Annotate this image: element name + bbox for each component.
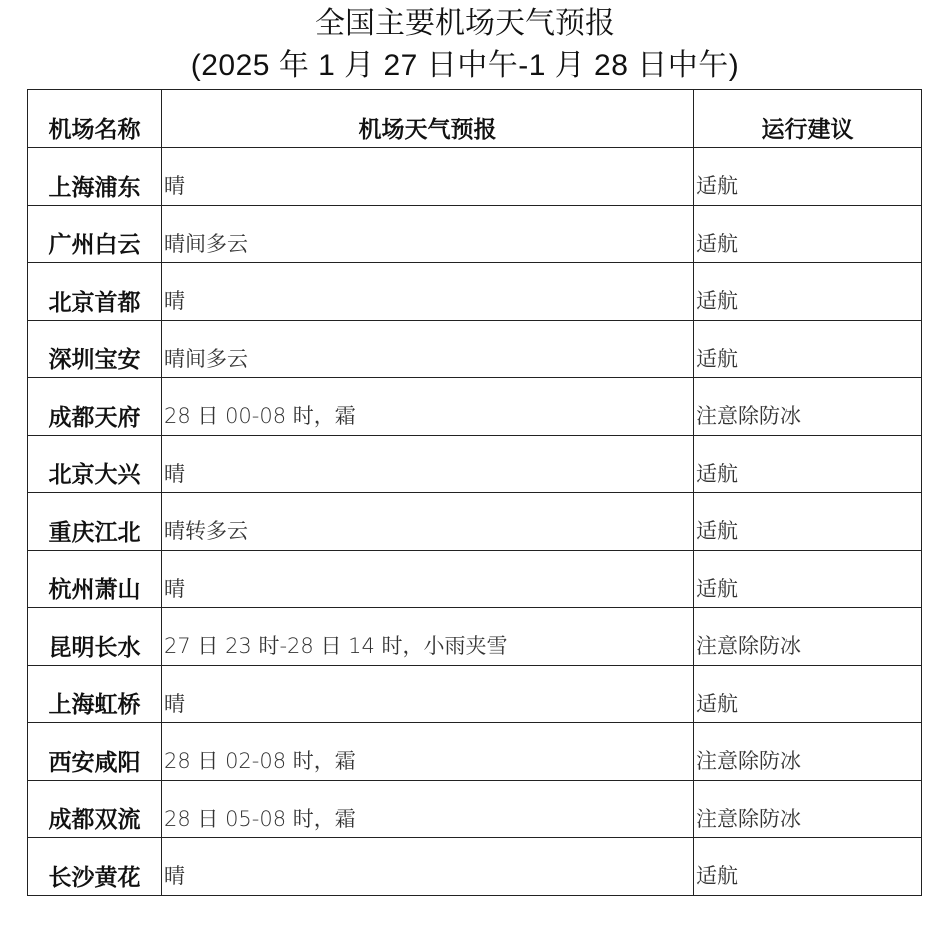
airport-name: 北京大兴 <box>28 435 162 493</box>
airport-name: 重庆江北 <box>28 493 162 551</box>
table-row: 杭州萧山晴适航 <box>28 550 922 608</box>
operation-advice: 适航 <box>694 148 922 206</box>
operation-advice: 注意除防冰 <box>694 378 922 436</box>
table-row: 重庆江北晴转多云适航 <box>28 493 922 551</box>
airport-name: 西安咸阳 <box>28 723 162 781</box>
table-row: 昆明长水27 日 23 时-28 日 14 时，小雨夹雪注意除防冰 <box>28 608 922 666</box>
weather-forecast: 27 日 23 时-28 日 14 时，小雨夹雪 <box>162 608 694 666</box>
table-row: 北京大兴晴适航 <box>28 435 922 493</box>
operation-advice: 适航 <box>694 665 922 723</box>
operation-advice: 适航 <box>694 550 922 608</box>
date-range-subtitle: (2025 年 1 月 27 日中午-1 月 28 日中午) <box>0 44 930 88</box>
weather-forecast: 晴 <box>162 550 694 608</box>
airport-name: 成都双流 <box>28 780 162 838</box>
weather-forecast: 晴 <box>162 665 694 723</box>
weather-forecast: 晴转多云 <box>162 493 694 551</box>
weather-forecast: 晴 <box>162 148 694 206</box>
airport-name: 昆明长水 <box>28 608 162 666</box>
forecast-table: 机场名称 机场天气预报 运行建议 上海浦东晴适航广州白云晴间多云适航北京首都晴适… <box>27 89 922 896</box>
airport-name: 北京首都 <box>28 263 162 321</box>
weather-forecast: 28 日 05-08 时，霜 <box>162 780 694 838</box>
operation-advice: 注意除防冰 <box>694 780 922 838</box>
header-forecast: 机场天气预报 <box>162 90 694 148</box>
airport-name: 成都天府 <box>28 378 162 436</box>
table-row: 长沙黄花晴适航 <box>28 838 922 896</box>
airport-name: 深圳宝安 <box>28 320 162 378</box>
weather-forecast: 晴 <box>162 263 694 321</box>
weather-forecast: 晴间多云 <box>162 205 694 263</box>
table-row: 广州白云晴间多云适航 <box>28 205 922 263</box>
airport-name: 长沙黄花 <box>28 838 162 896</box>
page-title: 全国主要机场天气预报 <box>0 4 930 44</box>
table-row: 深圳宝安晴间多云适航 <box>28 320 922 378</box>
operation-advice: 适航 <box>694 493 922 551</box>
table-row: 成都双流28 日 05-08 时，霜注意除防冰 <box>28 780 922 838</box>
table-row: 上海虹桥晴适航 <box>28 665 922 723</box>
table-row: 北京首都晴适航 <box>28 263 922 321</box>
airport-name: 上海浦东 <box>28 148 162 206</box>
operation-advice: 注意除防冰 <box>694 608 922 666</box>
airport-name: 广州白云 <box>28 205 162 263</box>
header-airport: 机场名称 <box>28 90 162 148</box>
weather-forecast: 28 日 00-08 时，霜 <box>162 378 694 436</box>
table-header-row: 机场名称 机场天气预报 运行建议 <box>28 90 922 148</box>
operation-advice: 适航 <box>694 263 922 321</box>
weather-forecast: 晴 <box>162 838 694 896</box>
weather-forecast: 晴间多云 <box>162 320 694 378</box>
table-row: 上海浦东晴适航 <box>28 148 922 206</box>
operation-advice: 适航 <box>694 838 922 896</box>
table-row: 西安咸阳28 日 02-08 时，霜注意除防冰 <box>28 723 922 781</box>
header-advice: 运行建议 <box>694 90 922 148</box>
operation-advice: 注意除防冰 <box>694 723 922 781</box>
operation-advice: 适航 <box>694 205 922 263</box>
operation-advice: 适航 <box>694 320 922 378</box>
airport-name: 上海虹桥 <box>28 665 162 723</box>
table-row: 成都天府28 日 00-08 时，霜注意除防冰 <box>28 378 922 436</box>
airport-name: 杭州萧山 <box>28 550 162 608</box>
weather-forecast: 28 日 02-08 时，霜 <box>162 723 694 781</box>
weather-forecast: 晴 <box>162 435 694 493</box>
operation-advice: 适航 <box>694 435 922 493</box>
